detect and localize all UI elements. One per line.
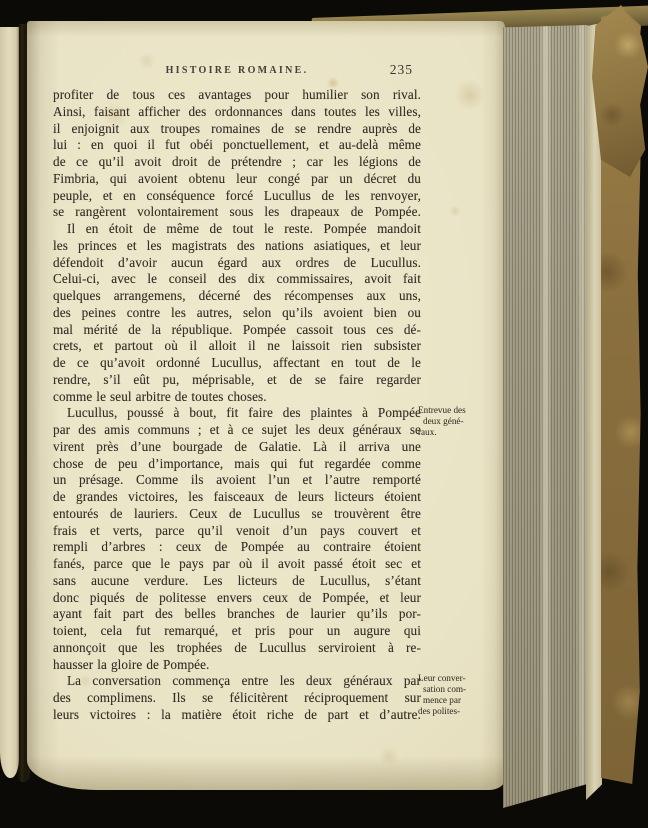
text-line: chose de peu d’importance, mais qui fut … xyxy=(53,456,421,473)
margin-note-line: des polites- xyxy=(418,706,506,717)
margin-note-line: Leur conver- xyxy=(418,673,506,684)
text-line: quelques arrangemens, décerné des récomp… xyxy=(53,288,421,305)
text-line: La conversation commença entre les deux … xyxy=(53,673,421,690)
text-line: il enjoignit aux troupes romaines de se … xyxy=(53,121,421,138)
text-line: comme le seul arbitre de toutes choses. xyxy=(53,389,421,406)
page-fore-edge xyxy=(503,25,588,808)
page-number: 235 xyxy=(363,62,413,78)
text-line: sans aucune verdure. Les licteurs de Luc… xyxy=(53,573,421,590)
text-line: Lucullus, poussé à bout, fit faire des p… xyxy=(53,405,421,422)
book-scan-photo: HISTOIRE ROMAINE. 235 profiter de tous c… xyxy=(0,0,648,828)
text-line: défendoit d’avoir aucun égard aux ordres… xyxy=(53,255,421,272)
text-line: donc piqués de politesse envers ceux de … xyxy=(53,590,421,607)
text-line: virent près d’une bourgade de Galatie. L… xyxy=(53,439,421,456)
text-line: lui : en quoi il fut obéi ponctuellement… xyxy=(53,137,421,154)
text-line: rempli d’arbres : ceux de Pompée au cont… xyxy=(53,539,421,556)
margin-note: Entrevue desdeux géné-raux. xyxy=(418,405,506,438)
text-line: leurs victoires : la matière étoit riche… xyxy=(53,707,421,724)
margin-note-line: deux géné- xyxy=(418,416,506,427)
text-line: de grandes victoires, les faisceaux de l… xyxy=(53,489,421,506)
text-line: un présage. Comme ils avoient l’un et l’… xyxy=(53,472,421,489)
text-line: de ce qu’il avoit droit de prétendre ; c… xyxy=(53,154,421,171)
margin-note-line: sation com- xyxy=(418,684,506,695)
margin-note: Leur conver-sation com-mence pardes poli… xyxy=(418,673,506,717)
text-line: Celui-ci, avec le conseil des dix commis… xyxy=(53,271,421,288)
text-line: ayant fait part des belles branches de l… xyxy=(53,606,421,623)
text-line: Fimbria, qui avoient obtenu leur congé p… xyxy=(53,171,421,188)
text-line: les princes et les magistrats des nation… xyxy=(53,238,421,255)
margin-note-line: mence par xyxy=(418,695,506,706)
margin-note-line: Entrevue des xyxy=(418,405,506,416)
text-line: par des amis communs ; et à ce sujet les… xyxy=(53,422,421,439)
text-line: de ce qu’avoit ordonné Lucullus, affecta… xyxy=(53,355,421,372)
text-line: profiter de tous ces avantages pour humi… xyxy=(53,87,421,104)
text-line: mal mérité de la république. Pompée cass… xyxy=(53,322,421,339)
text-line: hausser la gloire de Pompée. xyxy=(53,657,421,674)
text-line: se rangèrent volontairement sous les dra… xyxy=(53,204,421,221)
text-line: rendre, s’il eût pu, méprisable, et de s… xyxy=(53,372,421,389)
text-line: Il en étoit de même de tout le reste. Po… xyxy=(53,221,421,238)
text-line: peuple, et en conséquence forcé Lucullus… xyxy=(53,188,421,205)
text-line: fanés, parce que le pays par où il avoit… xyxy=(53,556,421,573)
text-line: des complimens. Ils se félicitèrent réci… xyxy=(53,690,421,707)
text-line: annonçoit que les trophées de Lucullus s… xyxy=(53,640,421,657)
text-line: toient, cela fut remarqué, et pris pour … xyxy=(53,623,421,640)
text-line: des peines contre les autres, selon qu’i… xyxy=(53,305,421,322)
text-line: entourés de lauriers. Ceux de Lucullus s… xyxy=(53,506,421,523)
main-text: profiter de tous ces avantages pour humi… xyxy=(53,87,421,724)
text-line: crets, et partout où il alloit il ne lai… xyxy=(53,338,421,355)
margin-note-line: raux. xyxy=(418,427,506,438)
text-line: frais et verts, parce qu’il venoit d’un … xyxy=(53,523,421,540)
text-line: Ainsi, faisant afficher des ordonnances … xyxy=(53,104,421,121)
scanned-page: HISTOIRE ROMAINE. 235 profiter de tous c… xyxy=(27,21,505,790)
